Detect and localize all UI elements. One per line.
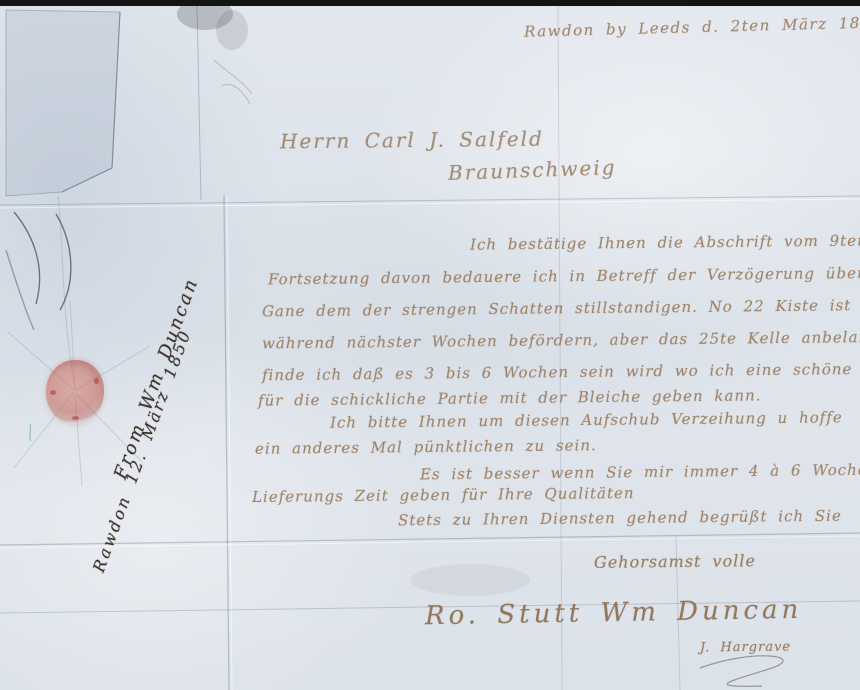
fold-crease: [197, 6, 201, 200]
folded-flap: [6, 10, 120, 196]
wax-fleck: [72, 416, 79, 420]
valediction: Gehorsamst volle: [594, 551, 756, 572]
signature-flourish: [700, 656, 783, 686]
fold-crease: [0, 533, 860, 545]
letter-scan: Rawdon by Leeds d. 2ten März 1850 Herrn …: [0, 0, 860, 690]
recipient-name: Herrn Carl J. Salfeld: [280, 127, 544, 154]
teal-mark: [30, 424, 31, 441]
wax-seal: [46, 360, 104, 424]
secondary-signature: J. Hargrave: [700, 640, 791, 656]
pencil-smudge: [214, 60, 252, 104]
wax-fleck: [94, 378, 99, 384]
body-line: ein anderes Mal pünktlichen zu sein.: [255, 436, 597, 458]
paper-smudge: [410, 564, 530, 596]
scanner-edge: [0, 0, 860, 6]
wax-fleck: [50, 390, 56, 395]
